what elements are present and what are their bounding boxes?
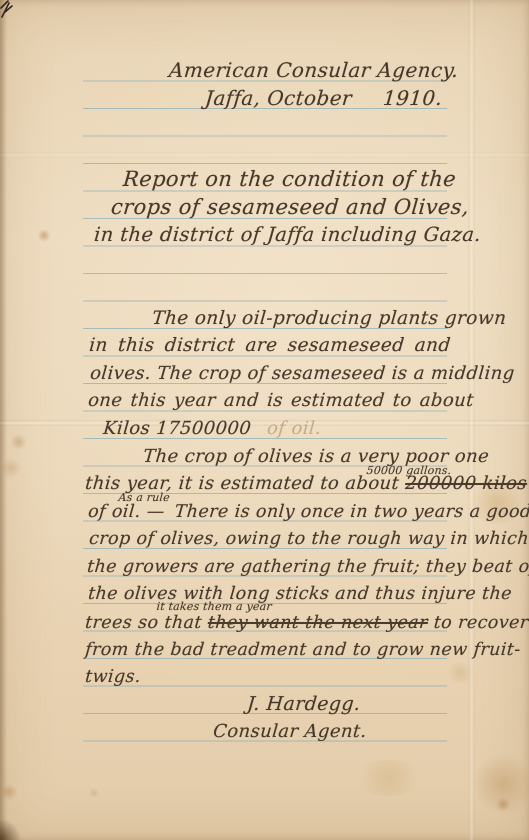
body-text: to recover [433, 613, 529, 633]
stain [352, 760, 426, 796]
kilos-amount: Kilos 17500000 [102, 418, 252, 439]
strikethrough-kilos: 200000 kilos [404, 473, 528, 494]
stain [0, 458, 22, 478]
letter-page: American Consular Agency. Jaffa, October… [0, 0, 529, 840]
body-line: in this district are sesameseed and [88, 333, 452, 359]
page-left-edge [0, 0, 7, 840]
stain [474, 752, 529, 816]
header-agency: American Consular Agency. [168, 57, 460, 83]
body-line: The only oil-producing plants grown [151, 306, 507, 332]
header-place-date: Jaffa, October [204, 85, 353, 111]
title-line-3: in the district of Jaffa including Gaza. [93, 222, 482, 248]
signature-name: J. Hardegg. [246, 691, 362, 717]
stain [495, 798, 511, 811]
body-line: the growers are gathering the fruit; the… [86, 554, 529, 580]
stain [37, 229, 51, 242]
fold-crease-vertical [468, 0, 475, 840]
body-text: trees so that [84, 613, 202, 633]
stain [10, 434, 27, 450]
body-line-kilos: Kilos 17500000of oil. [102, 416, 322, 442]
header-year: 1910. [382, 85, 444, 111]
bottom-left-corner-shadow [0, 820, 22, 840]
body-line: crop of olives, owing to the rough way i… [88, 526, 529, 552]
body-line: from the bad treadment and to grow new f… [84, 637, 522, 663]
body-line: of oil. —There is only once in two years… [87, 499, 529, 525]
body-text: of oil. — [87, 502, 165, 522]
title-line-2: crops of sesameseed and Olives, [110, 194, 470, 220]
title-line-1: Report on the condition of the [122, 166, 457, 192]
body-line: twigs. [84, 664, 142, 690]
ink-mark-top-left [0, 0, 16, 20]
stain [0, 784, 18, 800]
body-line: olives. The crop of sesameseed is a midd… [89, 361, 516, 387]
body-text: There is only once in two years a good [174, 502, 529, 522]
stain [88, 788, 100, 798]
body-line: the olives with long sticks and thus inj… [87, 581, 513, 607]
body-line-with-strikethrough: trees so thatthey want the next yearto r… [84, 610, 529, 636]
fold-crease-horizontal-upper [0, 152, 529, 158]
stain [446, 662, 474, 684]
signature-role: Consular Agent. [212, 719, 368, 745]
strikethrough-next-year: they want the next year [207, 613, 429, 633]
erased-text: of oil. [266, 418, 322, 439]
body-line: one this year and is estimated to about [87, 388, 475, 414]
